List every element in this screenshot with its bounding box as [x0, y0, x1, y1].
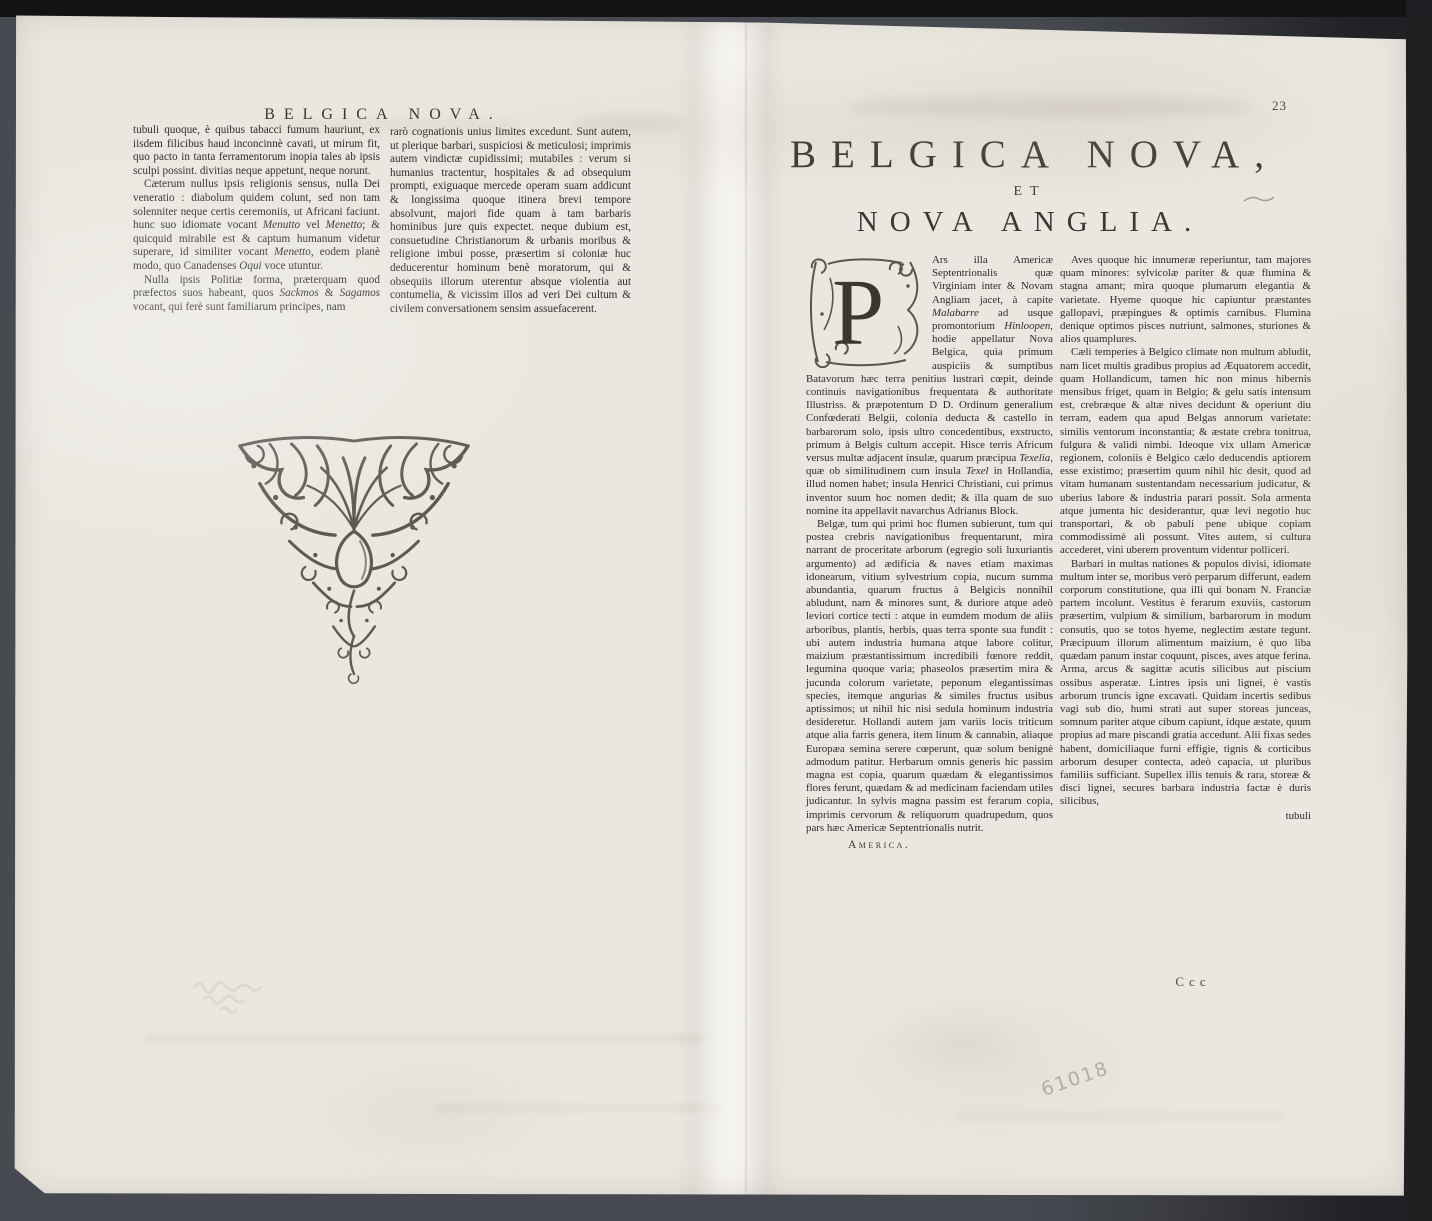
mat-right-strip: [1406, 0, 1432, 1221]
page-number: 23: [1272, 98, 1287, 114]
paragraph: Nulla ipsis Politiæ forma, præterquam qu…: [133, 274, 380, 315]
title-line-2: ET: [790, 184, 1270, 200]
right-page-column-2-text: Aves quoque hic innumeræ reperiuntur, ta…: [1060, 254, 1311, 809]
paragraph: tubuli quoque, è quibus tabacci fumum ha…: [133, 124, 380, 178]
right-page-column-1: P Ars illa Americæ Septentrionalis quæ V…: [806, 254, 1053, 852]
woodcut-fleuron-ornament: [230, 432, 478, 693]
ink-flourish-mark: [1242, 192, 1276, 210]
show-through-smudge: [850, 98, 1250, 116]
drop-cap-letter: P: [832, 261, 884, 365]
column-footer-america: America.: [848, 839, 1053, 852]
show-through-line: [954, 1112, 1284, 1121]
catchword: tubuli: [1060, 810, 1311, 823]
show-through-line: [144, 1034, 704, 1043]
paragraph: Cæli temperies à Belgico climate non mul…: [1060, 346, 1311, 557]
left-page-column-1: tubuli quoque, è quibus tabacci fumum ha…: [133, 124, 380, 314]
paragraph: rarò cognationis unius limites excedunt.…: [390, 126, 631, 316]
chapter-title: BELGICA NOVA, ET NOVA ANGLIA.: [790, 132, 1270, 239]
paragraph: Aves quoque hic innumeræ reperiuntur, ta…: [1060, 254, 1311, 346]
paragraph: Barbari in multas nationes & populos div…: [1060, 558, 1311, 809]
paper-sheet: BELGICA NOVA. tubuli quoque, è quibus ta…: [14, 12, 1408, 1198]
photograph-of-atlas-leaf: BELGICA NOVA. tubuli quoque, è quibus ta…: [0, 0, 1432, 1221]
running-header: BELGICA NOVA.: [133, 106, 633, 124]
show-through-line: [434, 1104, 724, 1112]
center-fold-crease: [745, 12, 747, 1198]
pencil-inscription: 61018: [1038, 1057, 1112, 1101]
left-page-column-2: rarò cognationis unius limites excedunt.…: [390, 126, 631, 316]
right-page-column-2: Aves quoque hic innumeræ reperiuntur, ta…: [1060, 254, 1311, 823]
paragraph: Cæterum nullus ipsis religionis sensus, …: [133, 178, 380, 273]
show-through-handwriting: [190, 974, 320, 1021]
mat-top-strip: [0, 0, 1432, 17]
paragraph: Belgæ, tum qui primi hoc flumen subierun…: [806, 518, 1053, 835]
title-line-1: BELGICA NOVA,: [790, 132, 1270, 177]
title-line-3: NOVA ANGLIA.: [790, 206, 1270, 239]
drop-cap-initial: P: [806, 256, 924, 368]
signature-mark: Ccc: [1148, 974, 1238, 990]
center-fold-highlight: [676, 12, 786, 1198]
